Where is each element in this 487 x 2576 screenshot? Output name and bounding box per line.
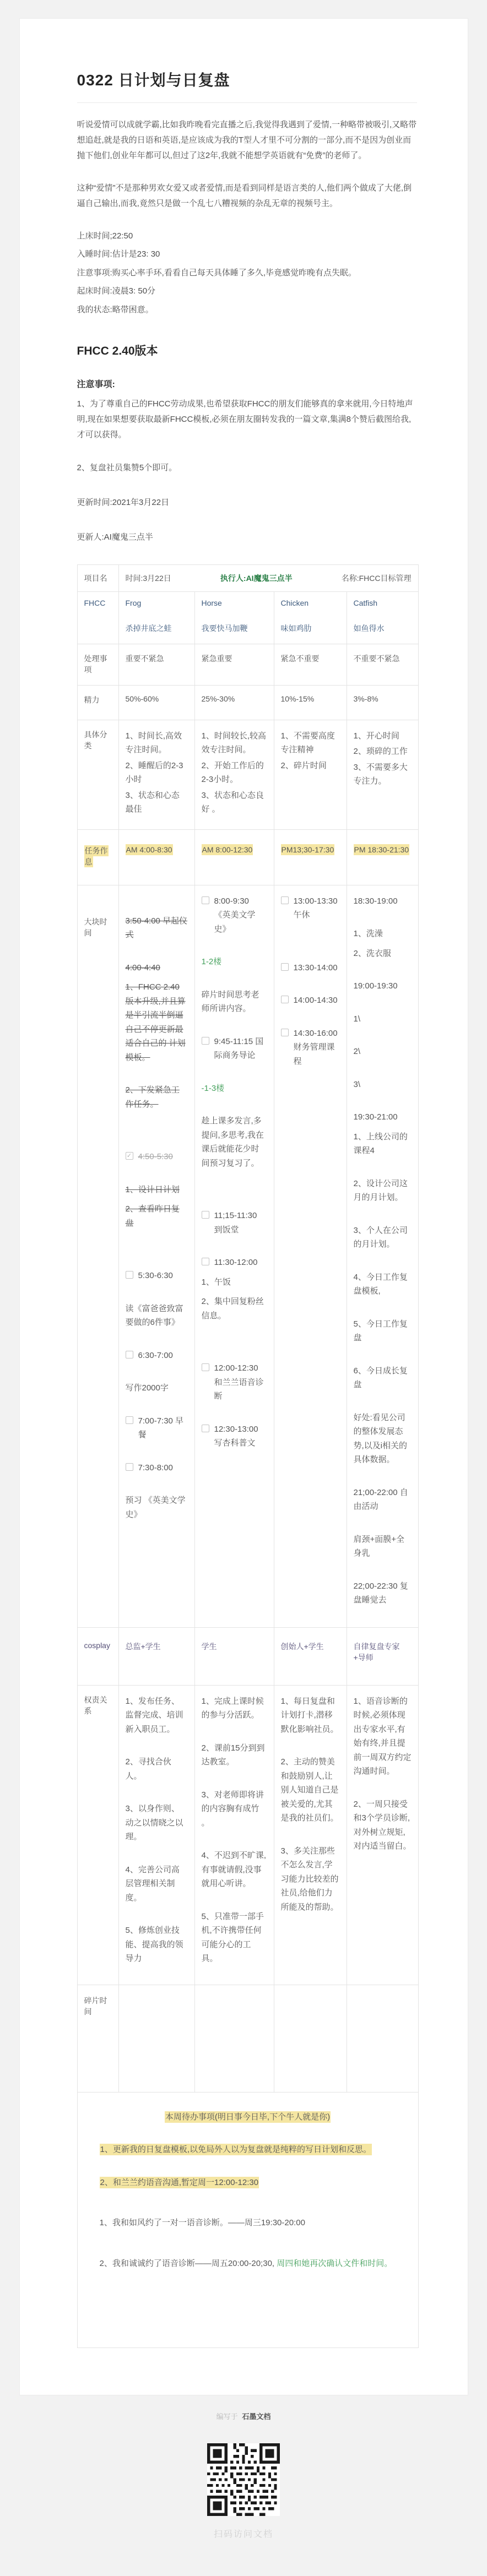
list-item-text: 2、设计公司这月的月计划。 [354, 1177, 412, 1205]
list-item: 3、状态和心态最佳 [126, 789, 188, 817]
updated-time: 更新时间:2021年3月22日 [77, 495, 417, 510]
weekly-todo-item-1: 1、更新我的日复盘模板,以免局外人以为复盘就是纯粹的写日计划和反思。 [100, 2143, 396, 2157]
list-item: 1、不需要高度专注精神 [281, 729, 340, 757]
list-item-text: 3:50-4:00 早起仪式 [126, 914, 188, 942]
list-item-text: 我的状态:略带困意。 [77, 303, 417, 317]
list-item-text: 1、语音诊断的时候,必须体现出专家水平,有始有终,并且提前一周双方约定沟通时间。 [354, 1694, 412, 1779]
list-item-text: 趁上课多发言,多提问,多思考,我在课后就能花少时间预习复习了。 [202, 1114, 267, 1170]
schedule-chicken: PM13;30-17:30 [274, 829, 347, 885]
list-item: 6、今日成长复盘 [354, 1364, 412, 1392]
list-item-text: 7:30-8:00 [138, 1461, 188, 1475]
list-item-text: 3、不需要多大专注力。 [354, 760, 412, 789]
chicken-title: Chicken [281, 599, 340, 607]
project-label-cell: 项目名 [77, 564, 118, 591]
list-item: 1-2楼 [202, 955, 267, 969]
list-item: 1、发布任务、监督完成、培训新入职员工。 [126, 1694, 188, 1737]
big-time-horse-list: 8:00-9:30 《英美文学史》1-2楼碎片时间思考老师所讲内容。9:45-1… [194, 885, 274, 1627]
schedule-label: 任务作息 [77, 829, 118, 885]
list-item-text: 5、今日工作复盘 [354, 1317, 412, 1345]
duty-row: 权责关系 1、发布任务、监督完成、培训新入职员工。2、寻找合伙人。3、以身作则、… [77, 1685, 418, 1985]
list-item-text: 22;00-22:30 复盘睡觉去 [354, 1579, 412, 1607]
sleep-log-lines: 上床时间;22:50入睡时间:估计是23: 30注意事项:购买心率手环,看看自己… [77, 229, 417, 317]
list-item: 2、查看昨日复盘 [126, 1202, 188, 1230]
scan-hint-text: 扫码访问文档 [0, 2527, 487, 2540]
list-item-text: 2、寻找合伙人。 [126, 1755, 188, 1783]
energy-catfish: 3%-8% [347, 685, 418, 720]
list-item: 4:00-4:40 [126, 961, 188, 975]
list-item: 3\ [354, 1078, 412, 1092]
list-item-text: 1、FHCC 2.40版本升级,并且算是半引流半倒逼自己不停更新最适合自己的 计… [126, 980, 188, 1064]
list-item: 上床时间;22:50 [77, 229, 417, 243]
list-item: 8:00-9:30 《英美文学史》 [202, 894, 267, 937]
qr-code-image [207, 2443, 280, 2516]
list-item-text: 14:30-16:00 财务管理课程 [294, 1026, 340, 1069]
list-item: 5:30-6:30 [126, 1269, 188, 1283]
chicken-subtitle: 味如鸡肋 [281, 623, 340, 634]
list-item-text: 1\ [354, 1012, 412, 1026]
weekly-todo-item-2: 2、和兰兰约语音沟通,暂定周一12:00-12:30 [100, 2176, 396, 2190]
fhcc-categories-row: FHCC Frog 杀掉井底之蛙 Horse 我要快马加鞭 Chicken 味如… [77, 591, 418, 644]
weekly-todo-note-1: 1、我和如风约了一对一语音诊断。——周三19:30-20:00 [100, 2216, 396, 2230]
horse-title: Horse [202, 599, 267, 607]
list-item: 3、不需要多大专注力。 [354, 760, 412, 789]
catfish-subtitle: 如鱼得水 [354, 623, 412, 634]
big-time-chicken-list: 13:00-13:30 午休13:30-14:0014:00-14:3014:3… [274, 885, 347, 1627]
checkbox-icon[interactable] [202, 1363, 209, 1371]
list-item-text: 2、开始工作后的2-3小时。 [202, 759, 267, 787]
category-horse-list: 1、时间较长,较高效专注时间。2、开始工作后的2-3小时。3、状态和心态良好 。 [194, 720, 274, 829]
big-time-catfish-list: 18:30-19:001、洗澡2、洗衣服19:00-19:301\2\3\19:… [347, 885, 418, 1627]
cosplay-frog: 总监+学生 [118, 1627, 194, 1685]
energy-label: 精力 [77, 685, 118, 720]
list-item-text: 肩颈+面膜+全身乳 [354, 1532, 412, 1561]
list-item-text: 1、不需要高度专注精神 [281, 729, 340, 757]
priority-label: 处理事项 [77, 644, 118, 685]
duty-horse-list: 1、完成上课时候的参与分活跃。2、课前15分到到达教室。3、对老师即将讲的内容胸… [194, 1685, 274, 1985]
list-item: 14:00-14:30 [281, 993, 340, 1008]
category-catfish-list: 1、开心时间2、琐碎的工作3、不需要多大专注力。 [347, 720, 418, 829]
list-item: 2、下发紧急工作任务。 [126, 1083, 188, 1111]
list-item: 3、多关注那些不怎么发言,学习能力比较差的社员,给他们力所能及的帮助。 [281, 1844, 340, 1915]
list-item-text: 13:00-13:30 午休 [294, 894, 340, 922]
priority-row: 处理事项 重要不紧急 紧急重要 紧急不重要 不重要不紧急 [77, 644, 418, 685]
schedule-frog: AM 4:00-8:30 [118, 829, 194, 885]
list-item-text: 1、每日复盘和计划打卡,潜移默化影响社员。 [281, 1694, 340, 1737]
list-item-text: 5、只准带一部手机,不许携带任何可能分心的工具。 [202, 1910, 267, 1966]
list-item: 1、FHCC 2.40版本升级,并且算是半引流半倒逼自己不停更新最适合自己的 计… [126, 980, 188, 1064]
list-item: 肩颈+面膜+全身乳 [354, 1532, 412, 1561]
list-item-text: 2、课前15分到到达教室。 [202, 1741, 267, 1769]
category-frog-list: 1、时间长,高效专注时间。2、睡醒后的2-3小时3、状态和心态最佳 [118, 720, 194, 829]
list-item-text: -1-3楼 [202, 1082, 267, 1096]
list-item-text: 13:30-14:00 [294, 961, 340, 975]
list-item-text: 6、今日成长复盘 [354, 1364, 412, 1392]
list-item-text: 11;15-11:30 到饭堂 [214, 1209, 267, 1237]
checkbox-icon[interactable] [281, 963, 289, 971]
list-item-text: 2、一周只接受和3个学员诊断,对外树立规矩,对内适当留白。 [354, 1797, 412, 1854]
big-time-row: 大块时间 3:50-4:00 早起仪式4:00-4:401、FHCC 2.40版… [77, 885, 418, 1627]
list-item-text: 2、睡醒后的2-3小时 [126, 759, 188, 787]
list-item: 2、睡醒后的2-3小时 [126, 759, 188, 787]
list-item: 22;00-22:30 复盘睡觉去 [354, 1579, 412, 1607]
list-item: 1、时间长,高效专注时间。 [126, 729, 188, 757]
list-item: 1、午饭 [202, 1275, 267, 1290]
list-item-text: 2、查看昨日复盘 [126, 1202, 188, 1230]
list-item-text: 2、下发紧急工作任务。 [126, 1083, 188, 1111]
list-item-text: 3、个人在公司的月计划。 [354, 1224, 412, 1252]
list-item: 预习 《英美文学史》 [126, 1493, 188, 1521]
fhcc-label-cell: FHCC [77, 591, 118, 644]
list-item: 11:30-12:00 [202, 1256, 267, 1270]
fragment-label: 碎片时间 [77, 1985, 118, 2092]
list-item-text: 12:30-13:00 写杏科普文 [214, 1422, 267, 1450]
list-item-text: 8:00-9:30 《英美文学史》 [214, 894, 267, 937]
list-item: 1\ [354, 1012, 412, 1026]
horse-cell: Horse 我要快马加鞭 [194, 591, 274, 644]
list-item: 5、只准带一部手机,不许携带任何可能分心的工具。 [202, 1910, 267, 1966]
list-item: 1、语音诊断的时候,必须体现出专家水平,有始有终,并且提前一周双方约定沟通时间。 [354, 1694, 412, 1779]
weekly-todo-note-2: 2、我和诚诚约了语音诊断——周五20:00-20;30, 周四和她再次确认文件和… [100, 2257, 396, 2271]
schedule-catfish: PM 18:30-21:30 [347, 829, 418, 885]
list-item: 2、集中回复粉丝信息。 [202, 1295, 267, 1323]
list-item: 1、开心时间 [354, 729, 412, 743]
title-divider [77, 102, 417, 103]
checkbox-icon[interactable] [202, 1037, 209, 1045]
checkbox-icon[interactable] [202, 896, 209, 904]
note-2: 2、复盘社员集赞5个即可。 [77, 460, 417, 475]
list-item-text: 2、碎片时间 [281, 759, 340, 773]
list-item: 起床时间:凌晨3: 50分 [77, 284, 417, 298]
list-item-text: 注意事项:购买心率手环,看看自己每天具体睡了多久,毕竟感觉昨晚有点失眠。 [77, 266, 417, 280]
list-item-text: 2、主动的赞美和鼓励别人,让别人知道自己是被关爱的,尤其是我的社员们。 [281, 1755, 340, 1825]
fragment-time-row: 碎片时间 [77, 1985, 418, 2092]
schedule-row: 任务作息 AM 4:00-8:30 AM 8:00-12:30 PM13;30-… [77, 829, 418, 885]
frog-title: Frog [126, 599, 188, 607]
list-item: 3、个人在公司的月计划。 [354, 1224, 412, 1252]
priority-catfish: 不重要不紧急 [347, 644, 418, 685]
project-name: 名称:FHCC目标管理 [342, 573, 412, 584]
list-item-text: 3、以身作则、动之以情晓之以理。 [126, 1802, 188, 1844]
cosplay-catfish: 自律复盘专家+导师 [347, 1627, 418, 1685]
list-item-text: 4、完善公司高层管理相关制度。 [126, 1863, 188, 1905]
horse-subtitle: 我要快马加鞭 [202, 623, 267, 634]
list-item: 好处:看见公司的整体发展态势,以及i相关的具体数据。 [354, 1411, 412, 1467]
list-item-text: 4、不迟到不旷课,有事就请假,没事就用心听讲。 [202, 1849, 267, 1891]
document-qr-code [207, 2443, 280, 2516]
list-item-text: 7:00-7:30 早餐 [138, 1414, 188, 1442]
list-item-text: 19:00-19:30 [354, 979, 412, 993]
cosplay-row: cosplay 总监+学生 学生 创始人+学生 自律复盘专家+导师 [77, 1627, 418, 1685]
updated-by: 更新人:AI魔鬼三点半 [77, 530, 417, 545]
list-item-text: 21;00-22:00 自由活动 [354, 1486, 412, 1514]
list-item-text: 9:45-11:15 国际商务导论 [214, 1035, 267, 1063]
list-item-text: 6:30-7:00 [138, 1349, 188, 1363]
list-item: 2\ [354, 1045, 412, 1059]
list-item: 6:30-7:00 [126, 1349, 188, 1363]
list-item: 3、状态和心态良好 。 [202, 789, 267, 817]
list-item: 2、设计公司这月的月计划。 [354, 1177, 412, 1205]
list-item-text: 2、琐碎的工作 [354, 744, 412, 759]
list-item: 5、今日工作复盘 [354, 1317, 412, 1345]
list-item: 4、完善公司高层管理相关制度。 [126, 1863, 188, 1905]
checkbox-icon[interactable] [281, 996, 289, 1003]
list-item-text: 1、上线公司的课程4 [354, 1130, 412, 1158]
list-item-text: 读《富爸爸致富要做的6件事》 [126, 1302, 188, 1330]
list-item-text: 19:30-21:00 [354, 1110, 412, 1124]
list-item-text: 1、洗澡 [354, 927, 412, 941]
shimo-footer: 编写于 石墨文档 扫码访问文档 [0, 2395, 487, 2576]
project-date: 时间:3月22日 [126, 573, 171, 584]
list-item: 入睡时间:估计是23: 30 [77, 247, 417, 262]
energy-frog: 50%-60% [118, 685, 194, 720]
list-item: 12:00-12:30 和兰兰语音诊断 [202, 1361, 267, 1404]
list-item-text: 上床时间;22:50 [77, 229, 417, 243]
list-item: 7:00-7:30 早餐 [126, 1414, 188, 1442]
cosplay-label: cosplay [77, 1627, 118, 1685]
priority-frog: 重要不紧急 [118, 644, 194, 685]
fragment-chicken [274, 1985, 347, 2092]
list-item: 2、一周只接受和3个学员诊断,对外树立规矩,对内适当留白。 [354, 1797, 412, 1854]
list-item: 11;15-11:30 到饭堂 [202, 1209, 267, 1237]
energy-row: 精力 50%-60% 25%-30% 10%-15% 3%-8% [77, 685, 418, 720]
energy-horse: 25%-30% [194, 685, 274, 720]
energy-chicken: 10%-15% [274, 685, 347, 720]
list-item-text: 11:30-12:00 [214, 1256, 267, 1270]
fragment-frog [118, 1985, 194, 2092]
list-item-text: 起床时间:凌晨3: 50分 [77, 284, 417, 298]
priority-horse: 紧急重要 [194, 644, 274, 685]
list-item-text: 1、设计日计划 [126, 1183, 188, 1197]
document-page: 0322 日计划与日复盘 听说爱情可以成就学霸,比如我昨晚看完直播之后,我觉得我… [19, 18, 468, 2395]
list-item: 3、对老师即将讲的内容胸有成竹 。 [202, 1788, 267, 1830]
list-item-text: 碎片时间思考老师所讲内容。 [202, 988, 267, 1016]
fhcc-version-heading: FHCC 2.40版本 [77, 342, 417, 358]
list-item: 4、今日工作复盘模板, [354, 1270, 412, 1298]
list-item-text: 2\ [354, 1045, 412, 1059]
fragment-catfish [347, 1985, 418, 2092]
list-item: 1、洗澡 [354, 927, 412, 941]
frog-cell: Frog 杀掉井底之蛙 [118, 591, 194, 644]
list-item: 21;00-22:00 自由活动 [354, 1486, 412, 1514]
checkbox-icon[interactable] [281, 896, 289, 904]
checkbox-icon[interactable] [202, 1258, 209, 1265]
list-item-text: 3、多关注那些不怎么发言,学习能力比较差的社员,给他们力所能及的帮助。 [281, 1844, 340, 1915]
list-item: 2、主动的赞美和鼓励别人,让别人知道自己是被关爱的,尤其是我的社员们。 [281, 1755, 340, 1825]
catfish-cell: Catfish 如鱼得水 [347, 591, 418, 644]
big-time-label: 大块时间 [77, 885, 118, 1627]
checked-checkbox-icon[interactable]: ✓ [126, 1152, 133, 1160]
checkbox-icon[interactable] [126, 1271, 133, 1279]
note-2-main: 2、我和诚诚约了语音诊断——周五20:00-20;30, [100, 2259, 275, 2268]
list-item: 趁上课多发言,多提问,多思考,我在课后就能花少时间预习复习了。 [202, 1114, 267, 1170]
fragment-horse [194, 1985, 274, 2092]
list-item-text: 3\ [354, 1078, 412, 1092]
chicken-cell: Chicken 味如鸡肋 [274, 591, 347, 644]
list-item: 13:00-13:30 午休 [281, 894, 340, 922]
list-item: 14:30-16:00 财务管理课程 [281, 1026, 340, 1069]
list-item: 1、时间较长,较高效专注时间。 [202, 729, 267, 757]
duty-catfish-list: 1、语音诊断的时候,必须体现出专家水平,有始有终,并且提前一周双方约定沟通时间。… [347, 1685, 418, 1985]
list-item-text: 1、时间长,高效专注时间。 [126, 729, 188, 757]
list-item: 2、琐碎的工作 [354, 744, 412, 759]
checkbox-icon[interactable] [202, 1425, 209, 1432]
list-item-text: 1、开心时间 [354, 729, 412, 743]
list-item-text: 5、修炼创业技能、提高我的领导力 [126, 1923, 188, 1966]
list-item-text: 写作2000字 [126, 1381, 188, 1395]
note-2-green: 周四和她再次确认文件和时间。 [277, 2259, 392, 2268]
list-item: 1、上线公司的课程4 [354, 1130, 412, 1158]
list-item-text: 2、集中回复粉丝信息。 [202, 1295, 267, 1323]
list-item-text: 4:50-5:30 [138, 1150, 188, 1164]
list-item-text: 4:00-4:40 [126, 961, 188, 975]
duty-label: 权责关系 [77, 1685, 118, 1985]
intro-paragraph-2: 这种“爱情”不是那种男欢女爱又或者爱情,而是看到同样是语言类的人,他们两个做成了… [77, 181, 417, 211]
frog-subtitle: 杀掉井底之蛙 [126, 623, 188, 634]
list-item: 碎片时间思考老师所讲内容。 [202, 988, 267, 1016]
list-item: 5、修炼创业技能、提高我的领导力 [126, 1923, 188, 1966]
checkbox-icon[interactable] [126, 1416, 133, 1424]
list-item: 2、寻找合伙人。 [126, 1755, 188, 1783]
list-item-text: 4、今日工作复盘模板, [354, 1270, 412, 1298]
page-title: 0322 日计划与日复盘 [77, 68, 417, 90]
list-item-text: 12:00-12:30 和兰兰语音诊断 [214, 1361, 267, 1404]
written-on-line: 编写于 石墨文档 [0, 2411, 487, 2421]
schedule-horse: AM 8:00-12:30 [194, 829, 274, 885]
checkbox-icon[interactable] [281, 1029, 289, 1036]
list-item: 3:50-4:00 早起仪式 [126, 914, 188, 942]
category-detail-row: 具体分类 1、时间长,高效专注时间。2、睡醒后的2-3小时3、状态和心态最佳 1… [77, 720, 418, 829]
project-meta-cell: 时间:3月22日 执行人:AI魔鬼三点半 名称:FHCC目标管理 [118, 564, 418, 591]
list-item-text: 14:00-14:30 [294, 993, 340, 1008]
list-item: 3、以身作则、动之以情晓之以理。 [126, 1802, 188, 1844]
list-item-text: 1、时间较长,较高效专注时间。 [202, 729, 267, 757]
list-item: -1-3楼 [202, 1082, 267, 1096]
weekly-todo-cell: 本周待办事项(明日事今日毕,下个牛人就是你) 1、更新我的日复盘模板,以免局外人… [77, 2092, 418, 2348]
list-item-text: 3、对老师即将讲的内容胸有成竹 。 [202, 1788, 267, 1830]
weekly-todo-title: 本周待办事项(明日事今日毕,下个牛人就是你) [100, 2110, 396, 2124]
notes-heading: 注意事项: [77, 377, 417, 390]
list-item: 1、每日复盘和计划打卡,潜移默化影响社员。 [281, 1694, 340, 1737]
list-item: 2、碎片时间 [281, 759, 340, 773]
list-item: 19:30-21:00 [354, 1110, 412, 1124]
checkbox-icon[interactable] [202, 1211, 209, 1219]
list-item: 19:00-19:30 [354, 979, 412, 993]
catfish-title: Catfish [354, 599, 412, 607]
shimo-brand-link[interactable]: 石墨文档 [242, 2412, 270, 2421]
list-item: 7:30-8:00 [126, 1461, 188, 1475]
list-item: 读《富爸爸致富要做的6件事》 [126, 1302, 188, 1330]
list-item-text: 好处:看见公司的整体发展态势,以及i相关的具体数据。 [354, 1411, 412, 1467]
list-item: 18:30-19:00 [354, 894, 412, 909]
priority-chicken: 紧急不重要 [274, 644, 347, 685]
list-item: ✓4:50-5:30 [126, 1150, 188, 1164]
list-item: 我的状态:略带困意。 [77, 303, 417, 317]
list-item: 1、设计日计划 [126, 1183, 188, 1197]
note-1: 1、为了尊重自己的FHCC劳动成果,也希望获取FHCC的朋友们能够真的拿来就用,… [77, 396, 417, 442]
list-item: 13:30-14:00 [281, 961, 340, 975]
list-item-text: 1-2楼 [202, 955, 267, 969]
cosplay-horse: 学生 [194, 1627, 274, 1685]
list-item-text: 1、发布任务、监督完成、培训新入职员工。 [126, 1694, 188, 1737]
list-item: 4、不迟到不旷课,有事就请假,没事就用心听讲。 [202, 1849, 267, 1891]
checkbox-icon[interactable] [126, 1351, 133, 1358]
list-item-text: 3、状态和心态最佳 [126, 789, 188, 817]
list-item: 注意事项:购买心率手环,看看自己每天具体睡了多久,毕竟感觉昨晚有点失眠。 [77, 266, 417, 280]
list-item: 2、课前15分到到达教室。 [202, 1741, 267, 1769]
list-item: 2、洗衣服 [354, 947, 412, 961]
project-executor: 执行人:AI魔鬼三点半 [220, 573, 293, 584]
list-item-text: 1、午饭 [202, 1275, 267, 1290]
list-item-text: 预习 《英美文学史》 [126, 1493, 188, 1521]
table-header-row: 项目名 时间:3月22日 执行人:AI魔鬼三点半 名称:FHCC目标管理 [77, 564, 418, 591]
list-item: 写作2000字 [126, 1381, 188, 1395]
category-label: 具体分类 [77, 720, 118, 829]
list-item-text: 1、完成上课时候的参与分活跃。 [202, 1694, 267, 1722]
weekly-todo-row: 本周待办事项(明日事今日毕,下个牛人就是你) 1、更新我的日复盘模板,以免局外人… [77, 2092, 418, 2348]
list-item: 2、开始工作后的2-3小时。 [202, 759, 267, 787]
list-item: 9:45-11:15 国际商务导论 [202, 1035, 267, 1063]
fhcc-goal-table: 项目名 时间:3月22日 执行人:AI魔鬼三点半 名称:FHCC目标管理 FHC… [77, 564, 419, 2349]
list-item-text: 18:30-19:00 [354, 894, 412, 909]
list-item-text: 5:30-6:30 [138, 1269, 188, 1283]
list-item-text: 2、洗衣服 [354, 947, 412, 961]
cosplay-chicken: 创始人+学生 [274, 1627, 347, 1685]
intro-paragraph-1: 听说爱情可以成就学霸,比如我昨晚看完直播之后,我觉得我遇到了爱情,一种略带被吸引… [77, 117, 417, 163]
list-item: 12:30-13:00 写杏科普文 [202, 1422, 267, 1450]
checkbox-icon[interactable] [126, 1463, 133, 1471]
duty-frog-list: 1、发布任务、监督完成、培训新入职员工。2、寻找合伙人。3、以身作则、动之以情晓… [118, 1685, 194, 1985]
big-time-frog-list: 3:50-4:00 早起仪式4:00-4:401、FHCC 2.40版本升级,并… [118, 885, 194, 1627]
list-item: 1、完成上课时候的参与分活跃。 [202, 1694, 267, 1722]
list-item-text: 3、状态和心态良好 。 [202, 789, 267, 817]
duty-chicken-list: 1、每日复盘和计划打卡,潜移默化影响社员。2、主动的赞美和鼓励别人,让别人知道自… [274, 1685, 347, 1985]
list-item-text: 入睡时间:估计是23: 30 [77, 247, 417, 262]
category-chicken-list: 1、不需要高度专注精神2、碎片时间 [274, 720, 347, 829]
written-prefix: 编写于 [217, 2412, 238, 2421]
